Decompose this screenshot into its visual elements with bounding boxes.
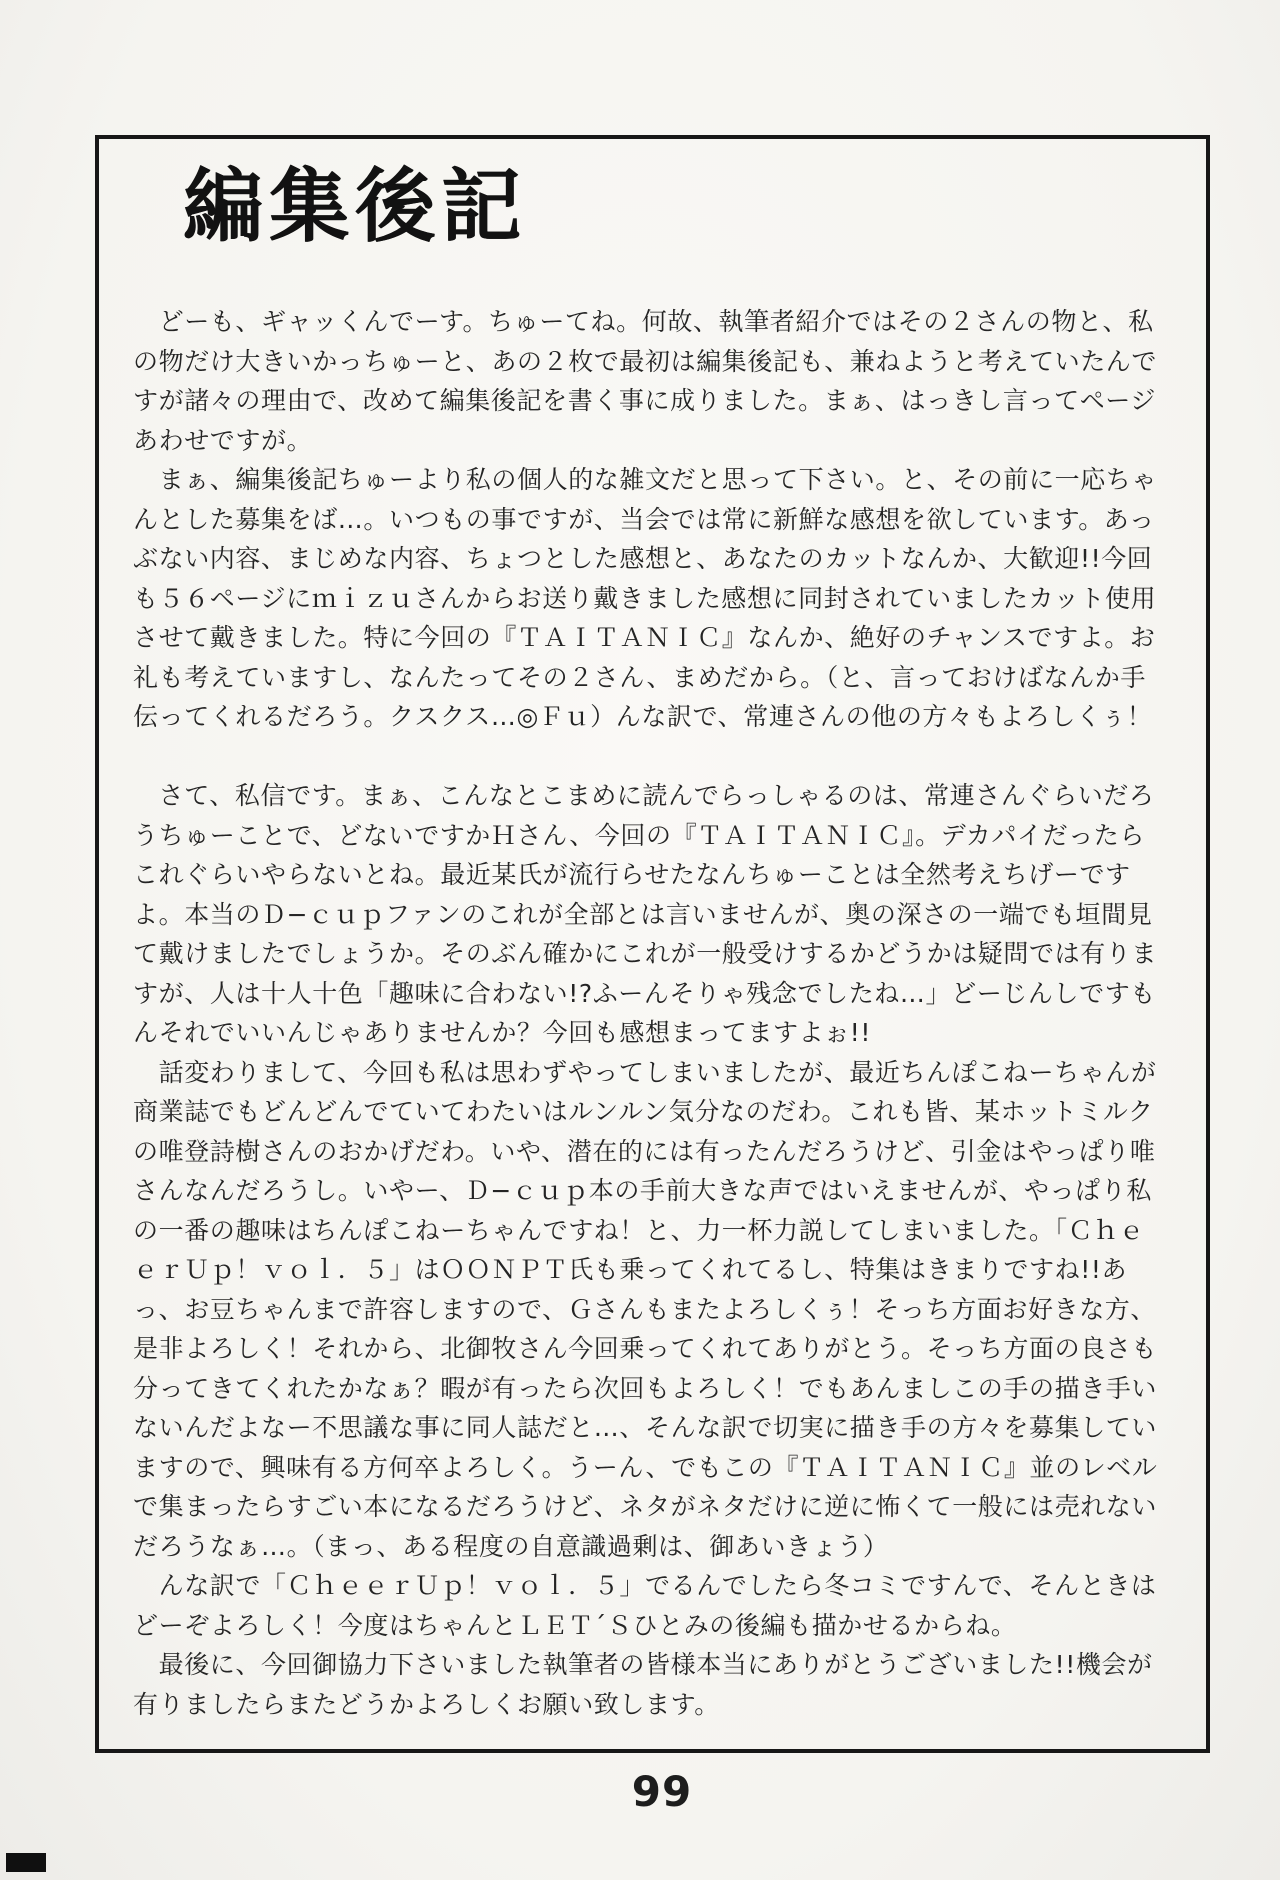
text-line: んな訳で「ＣｈｅｅｒＵｐ！ｖｏｌ．５」でるんでしたら冬コミですんで、そんときは [133,1566,1168,1606]
text-line: んそれでいいんじゃありませんか？今回も感想まってますよぉ!! [133,1013,1168,1053]
text-line: うちゅーことで、どないですかＨさん、今回の『ＴＡＩＴＡＮＩＣ』。デカパイだったら [133,816,1168,856]
text-line: すが、人は十人十色「趣味に合わない!?ふーんそりゃ残念でしたね…」どーじんしです… [133,974,1168,1014]
text-line: まぁ、編集後記ちゅーより私の個人的な雑文だと思って下さい。と、その前に一応ちゃ [133,460,1168,500]
text-line: んとした募集をば…。いつもの事ですが、当会では常に新鮮な感想を欲しています。あっ [133,500,1168,540]
text-line: さんなんだろうし。いやー、Ｄ−ｃｕｐ本の手前大きな声ではいえませんが、やっぱり私 [133,1171,1168,1211]
text-line: さて、私信です。まぁ、こんなとこまめに読んでらっしゃるのは、常連さんぐらいだろ [133,776,1168,816]
text-line: 礼も考えていますし、なんたってその２さん、まめだから。（と、言っておけばなんか手 [133,658,1168,698]
text-line: よ。本当のＤ−ｃｕｐファンのこれが全部とは言いませんが、奥の深さの一端でも垣間見 [133,895,1168,935]
text-line: ますので、興味有る方何卒よろしく。うーん、でもこの『ＴＡＩＴＡＮＩＣ』並のレベル [133,1448,1168,1488]
text-line: の物だけ大きいかっちゅーと、あの２枚で最初は編集後記も、兼ねようと考えていたんで [133,342,1168,382]
text-line: 有りましたらまたどうかよろしくお願い致します。 [133,1685,1168,1725]
text-line: どーぞよろしく！今度はちゃんとＬＥＴ´Ｓひとみの後編も描かせるからね。 [133,1606,1168,1646]
text-line: だろうなぁ…。（まっ、ある程度の自意識過剰は、御あいきょう） [133,1527,1168,1567]
text-line: の唯登詩樹さんのおかげだわ。いや、潜在的には有ったんだろうけど、引金はやっぱり唯 [133,1132,1168,1172]
text-line: ぶない内容、まじめな内容、ちょつとした感想と、あなたのカットなんか、大歓迎!!今… [133,539,1168,579]
text-line: 分ってきてくれたかなぁ？暇が有ったら次回もよろしく！でもあんましこの手の描き手い [133,1369,1168,1409]
text-line [133,737,1168,777]
page-title: 編集後記 [183,158,527,254]
text-line: させて戴きました。特に今回の『ＴＡＩＴＡＮＩＣ』なんか、絶好のチャンスですよ。お [133,618,1168,658]
text-line: っ、お豆ちゃんまで許容しますので、Ｇさんもまたよろしくぅ！そっち方面お好きな方、 [133,1290,1168,1330]
afterword-body: どーも、ギャッくんでーす。ちゅーてね。何故、執筆者紹介ではその２さんの物と、私の… [133,302,1168,1724]
text-line: 話変わりまして、今回も私は思わずやってしまいましたが、最近ちんぽこねーちゃんが [133,1053,1168,1093]
text-line: も５６ページにｍｉｚｕさんからお送り戴きました感想に同封されていましたカット使用 [133,579,1168,619]
text-line: て戴けましたでしょうか。そのぶん確かにこれが一般受けするかどうかは疑問では有りま [133,934,1168,974]
text-line: の一番の趣味はちんぽこねーちゃんですね！と、力一杯力説してしまいました。「Ｃｈｅ [133,1211,1168,1251]
text-line: 伝ってくれるだろう。クスクス…◎Ｆｕ）んな訳で、常連さんの他の方々もよろしくぅ！ [133,697,1168,737]
page: { "page": { "title": "編集後記", "page_numbe… [0,0,1280,1880]
text-line: 是非よろしく！それから、北御牧さん今回乗ってくれてありがとう。そっち方面の良さも [133,1329,1168,1369]
print-mark [6,1853,46,1872]
text-line: あわせですが。 [133,421,1168,461]
text-line: 商業誌でもどんどんでていてわたいはルンルン気分なのだわ。これも皆、某ホットミルク [133,1092,1168,1132]
page-number: 99 [617,1766,707,1818]
text-line: これぐらいやらないとね。最近某氏が流行らせたなんちゅーことは全然考えちげーです [133,855,1168,895]
text-line: で集まったらすごい本になるだろうけど、ネタがネタだけに逆に怖くて一般には売れない [133,1487,1168,1527]
text-line: 最後に、今回御協力下さいました執筆者の皆様本当にありがとうございました!!機会が [133,1645,1168,1685]
text-line: どーも、ギャッくんでーす。ちゅーてね。何故、執筆者紹介ではその２さんの物と、私 [133,302,1168,342]
text-line: ないんだよなー不思議な事に同人誌だと…、そんな訳で切実に描き手の方々を募集してい [133,1408,1168,1448]
text-line: すが諸々の理由で、改めて編集後記を書く事に成りました。まぁ、はっきし言ってページ [133,381,1168,421]
text-line: ｅｒＵｐ！ｖｏｌ．５」はＯＯＮＰＴ氏も乗ってくれてるし、特集はきまりですね!!あ [133,1250,1168,1290]
